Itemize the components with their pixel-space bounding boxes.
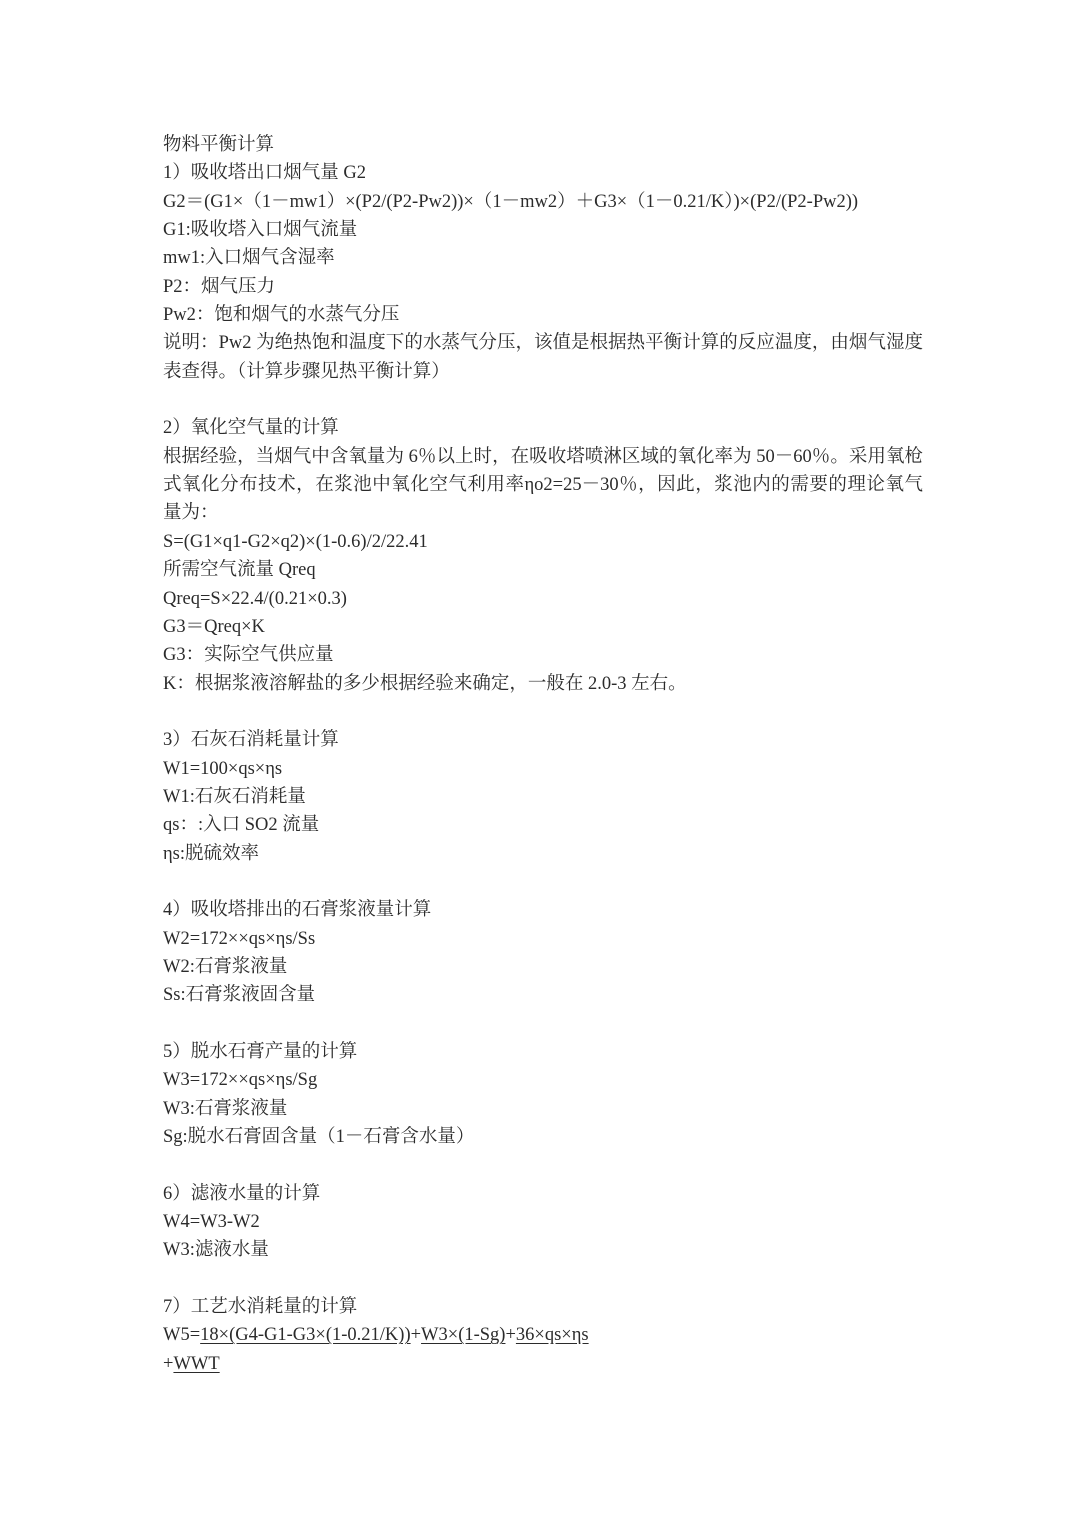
section-7-heading: 7）工艺水消耗量的计算 <box>163 1293 923 1321</box>
definition-filtrate: W3:滤液水量 <box>163 1236 923 1264</box>
document-title: 物料平衡计算 <box>163 131 923 159</box>
spacer <box>163 868 923 896</box>
definition-g1: G1:吸收塔入口烟气流量 <box>163 216 923 244</box>
formula-w5-term2: W3×(1-Sg) <box>421 1325 505 1345</box>
formula-w1: W1=100×qs×ηs <box>163 755 923 783</box>
formula-w5-prefix: W5= <box>163 1325 200 1345</box>
definition-p2: P2：烟气压力 <box>163 273 923 301</box>
spacer <box>163 1265 923 1293</box>
label-qreq: 所需空气流量 Qreq <box>163 556 923 584</box>
spacer <box>163 1010 923 1038</box>
section-1-note: 说明：Pw2 为绝热饱和温度下的水蒸气分压，该值是根据热平衡计算的反应温度，由烟… <box>163 329 923 386</box>
formula-w5-plus3: + <box>163 1354 173 1374</box>
formula-w5: W5=18×(G4-G1-G3×(1-0.21/K))+W3×(1-Sg)+36… <box>163 1321 923 1349</box>
section-2-heading: 2）氧化空气量的计算 <box>163 414 923 442</box>
section-2-paragraph: 根据经验，当烟气中含氧量为 6％以上时，在吸收塔喷淋区域的氧化率为 50－60％… <box>163 443 923 528</box>
section-6-heading: 6）滤液水量的计算 <box>163 1180 923 1208</box>
definition-eta-s: ηs:脱硫效率 <box>163 840 923 868</box>
formula-g2: G2＝(G1×（1－mw1）×(P2/(P2-Pw2))×（1－mw2）＋G3×… <box>163 188 923 216</box>
formula-w5-term4: WWT <box>173 1354 219 1374</box>
section-5-heading: 5）脱水石膏产量的计算 <box>163 1038 923 1066</box>
spacer <box>163 386 923 414</box>
section-4-heading: 4）吸收塔排出的石膏浆液量计算 <box>163 896 923 924</box>
spacer <box>163 698 923 726</box>
definition-sg: Sg:脱水石膏固含量（1－石膏含水量） <box>163 1123 923 1151</box>
formula-w5-term1: 18×(G4-G1-G3×(1-0.21/K)) <box>200 1325 410 1345</box>
formula-w4: W4=W3-W2 <box>163 1208 923 1236</box>
formula-w3: W3=172××qs×ηs/Sg <box>163 1066 923 1094</box>
formula-qreq: Qreq=S×22.4/(0.21×0.3) <box>163 585 923 613</box>
formula-g3: G3＝Qreq×K <box>163 613 923 641</box>
definition-pw2: Pw2：饱和烟气的水蒸气分压 <box>163 301 923 329</box>
spacer <box>163 1151 923 1179</box>
section-3-heading: 3）石灰石消耗量计算 <box>163 726 923 754</box>
definition-w3: W3:石膏浆液量 <box>163 1095 923 1123</box>
definition-g3: G3：实际空气供应量 <box>163 641 923 669</box>
formula-w2: W2=172××qs×ηs/Ss <box>163 925 923 953</box>
definition-w1: W1:石灰石消耗量 <box>163 783 923 811</box>
formula-w5-continued: +WWT <box>163 1350 923 1378</box>
definition-w2: W2:石膏浆液量 <box>163 953 923 981</box>
definition-mw1: mw1:入口烟气含湿率 <box>163 244 923 272</box>
section-1-heading: 1）吸收塔出口烟气量 G2 <box>163 159 923 187</box>
document-page: 物料平衡计算 1）吸收塔出口烟气量 G2 G2＝(G1×（1－mw1）×(P2/… <box>163 131 923 1378</box>
formula-s: S=(G1×q1-G2×q2)×(1-0.6)/2/22.41 <box>163 528 923 556</box>
definition-qs: qs：:入口 SO2 流量 <box>163 811 923 839</box>
definition-ss: Ss:石膏浆液固含量 <box>163 981 923 1009</box>
definition-k: K：根据浆液溶解盐的多少根据经验来确定，一般在 2.0-3 左右。 <box>163 670 923 698</box>
formula-w5-plus2: + <box>505 1325 515 1345</box>
formula-w5-term3: 36×qs×ηs <box>516 1325 589 1345</box>
formula-w5-plus1: + <box>411 1325 421 1345</box>
